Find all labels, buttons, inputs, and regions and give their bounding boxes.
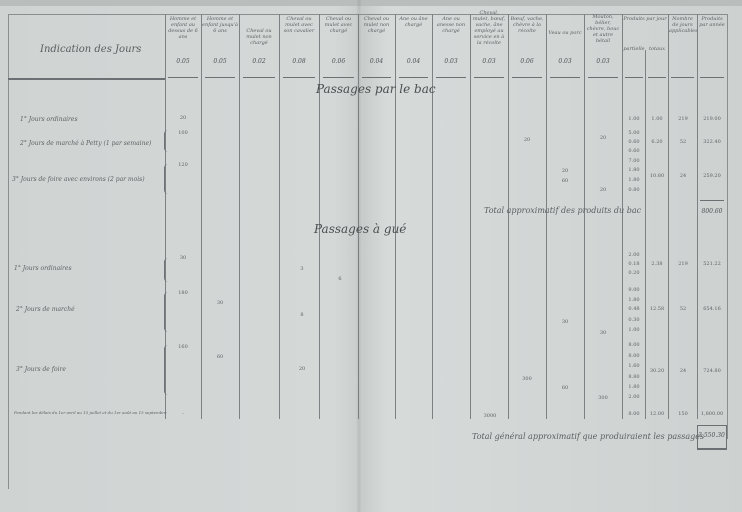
- column-header: Ane ou âne chargé: [396, 16, 431, 28]
- column-group-header: Produits par jour: [623, 16, 667, 22]
- cell-daily: 0.20: [622, 270, 646, 276]
- column-divider: [239, 14, 240, 419]
- cell-value: 60: [208, 354, 232, 360]
- section-title-bac: Passages par le bac: [316, 82, 436, 96]
- cell-daily: 0.80: [622, 187, 646, 193]
- column-rate: 0.03: [585, 58, 621, 65]
- cell-days: 150: [671, 411, 695, 417]
- cell-daily: 8.00: [622, 353, 646, 359]
- column-divider: [279, 14, 280, 419]
- column-divider: [697, 14, 698, 419]
- cell-daily: 0.18: [622, 261, 646, 267]
- cell-value: 8: [290, 312, 314, 318]
- row-label: 2° Jours de marché à Petty (1 par semain…: [20, 140, 151, 147]
- table-frame-right: [727, 14, 728, 439]
- cell-daily: 0.30: [622, 317, 646, 323]
- cell-value: 120: [171, 162, 195, 168]
- cell-value: 100: [171, 130, 195, 136]
- header-underline: [550, 77, 580, 78]
- cell-daily: 8.00: [622, 342, 646, 348]
- cell-daily: 0.60: [622, 139, 646, 145]
- column-header: Bœuf, vache, chèvre à la récolte: [509, 16, 545, 34]
- cell-value: 300: [515, 376, 539, 382]
- cell-value: 20: [515, 137, 539, 143]
- cell-value: 20: [171, 115, 195, 121]
- cell-total-daily: 6.20: [645, 139, 669, 145]
- header-rule: [8, 78, 165, 80]
- header-underline: [283, 77, 315, 78]
- cell-daily: 1.80: [622, 384, 646, 390]
- header-underline: [168, 77, 198, 78]
- row-label: 3° Jours de foire: [16, 366, 66, 373]
- row-label: 1° Jours ordinaires: [20, 116, 78, 123]
- cell-annual: 219.00: [700, 116, 724, 122]
- column-header: Homme et enfant jusqu'à 6 ans: [202, 16, 238, 34]
- header-underline: [474, 77, 504, 78]
- table-frame-left: [8, 14, 9, 489]
- cell-daily: 0.60: [622, 148, 646, 154]
- column-divider: [319, 14, 320, 419]
- column-subheader-totaux: totaux: [646, 46, 668, 52]
- cell-daily: 1.00: [622, 116, 646, 122]
- row-brace: [164, 292, 169, 332]
- cell-days: 52: [671, 139, 695, 145]
- column-header: Cheval, mulet, bœuf, vache, âne employé …: [471, 10, 507, 46]
- header-underline: [625, 77, 643, 78]
- column-rate: 0.06: [320, 58, 357, 65]
- cell-value: 3000: [478, 413, 502, 419]
- cell-daily: 8.00: [622, 411, 646, 417]
- row-label: Pendant les délais du 1er avril au 15 ju…: [14, 410, 167, 415]
- column-header: Ane ou anesse non chargé: [433, 16, 469, 34]
- cell-days: 24: [671, 173, 695, 179]
- cell-daily: 8.80: [622, 374, 646, 380]
- cell-annual: 724.80: [700, 368, 724, 374]
- header-underline: [205, 77, 235, 78]
- cell-annual: 654.16: [700, 306, 724, 312]
- header-underline: [512, 77, 542, 78]
- grand-total-value: 3,550.30: [698, 432, 725, 439]
- row-brace: [164, 258, 169, 282]
- cell-days: 219: [671, 116, 695, 122]
- row-label: 2° Jours de marché: [16, 306, 75, 313]
- cell-total-daily: 30.20: [645, 368, 669, 374]
- row-brace: [164, 130, 169, 152]
- cell-daily: 2.00: [622, 252, 646, 258]
- column-divider: [508, 14, 509, 419]
- ledger-page: Indication des Jours Homme et enfant au …: [0, 0, 742, 512]
- page-top-edge: [0, 0, 742, 6]
- cell-total-daily: 1.00: [645, 116, 669, 122]
- column-rate: 0.08: [280, 58, 318, 65]
- cell-value: 20: [591, 135, 615, 141]
- cell-total-daily: 12.58: [645, 306, 669, 312]
- cell-value: 20: [553, 168, 577, 174]
- cell-daily: 0.48: [622, 306, 646, 312]
- column-rate: 0.03: [471, 58, 507, 65]
- cell-daily: 1.00: [622, 327, 646, 333]
- cell-value: 60: [553, 178, 577, 184]
- cell-value: 3: [290, 266, 314, 272]
- column-divider: [668, 14, 669, 419]
- cell-daily: 1.60: [622, 363, 646, 369]
- cell-value: 160: [171, 344, 195, 350]
- column-divider: [201, 14, 202, 419]
- column-divider: [546, 14, 547, 419]
- cell-value: 300: [591, 395, 615, 401]
- column-rate: 0.03: [547, 58, 583, 65]
- row-label-title: Indication des Jours: [40, 44, 141, 55]
- header-underline: [436, 77, 466, 78]
- row-brace: [164, 164, 169, 194]
- cell-daily: 1.80: [622, 167, 646, 173]
- cell-value: 30: [591, 330, 615, 336]
- column-divider: [432, 14, 433, 419]
- column-divider: [470, 14, 471, 419]
- cell-value: 20: [290, 366, 314, 372]
- header-underline: [700, 77, 724, 78]
- column-rate: 0.02: [240, 58, 278, 65]
- column-header: Cheval ou mulet avec chargé: [320, 16, 357, 34]
- header-underline: [588, 77, 618, 78]
- header-underline: [323, 77, 354, 78]
- column-header: Cheval ou mulet non chargé: [359, 16, 394, 34]
- row-label: 3° Jours de foire avec environs (2 par m…: [12, 176, 145, 183]
- column-divider: [358, 14, 359, 419]
- column-header: Mouton, bélier, chèvre, bouc et autre bé…: [585, 14, 621, 44]
- cell-annual: 259.20: [700, 173, 724, 179]
- cell-value: 20: [591, 187, 615, 193]
- header-underline: [243, 77, 275, 78]
- total-rule: [700, 200, 724, 201]
- cell-value: 30: [208, 300, 232, 306]
- column-rate: 0.05: [166, 58, 200, 65]
- column-header: Cheval ou mulet avec son cavalier: [280, 16, 318, 34]
- cell-days: 24: [671, 368, 695, 374]
- cell-annual: 1,800.00: [700, 411, 724, 417]
- cell-total-daily: 10.80: [645, 173, 669, 179]
- section-title-gue: Passages à gué: [314, 222, 406, 236]
- header-underline: [648, 77, 666, 78]
- column-rate: 0.04: [396, 58, 431, 65]
- column-subheader-partielle: partielle: [623, 46, 645, 52]
- column-header: Homme et enfant au dessus de 6 ans: [166, 16, 200, 40]
- cell-daily: 5.00: [622, 130, 646, 136]
- cell-value: -: [171, 411, 195, 417]
- header-underline: [671, 77, 694, 78]
- row-brace: [164, 345, 169, 395]
- row-label: 1° Jours ordinaires: [14, 265, 72, 272]
- column-header: Veau ou porc: [547, 30, 583, 36]
- cell-total-daily: 2.38: [645, 261, 669, 267]
- column-rate: 0.04: [359, 58, 394, 65]
- cell-days: 52: [671, 306, 695, 312]
- cell-value: 30: [171, 255, 195, 261]
- cell-daily: 9.00: [622, 287, 646, 293]
- header-underline: [399, 77, 428, 78]
- column-header-annual: Produits par année: [698, 16, 726, 28]
- column-divider: [584, 14, 585, 419]
- section-total-label: Total approximatif des produits du bac: [484, 206, 641, 215]
- column-header-days: Nombre de jours applicables: [669, 16, 696, 34]
- grand-total-label: Total général approximatif que produirai…: [472, 432, 704, 441]
- cell-value: 6: [328, 276, 352, 282]
- cell-total-daily: 12.00: [645, 411, 669, 417]
- cell-value: 30: [553, 319, 577, 325]
- cell-value: 60: [553, 385, 577, 391]
- column-divider: [395, 14, 396, 419]
- column-rate: 0.03: [433, 58, 469, 65]
- section-total-value: 800.60: [700, 208, 724, 215]
- column-rate: 0.05: [202, 58, 238, 65]
- header-underline: [362, 77, 391, 78]
- column-header: Cheval ou mulet non chargé: [240, 28, 278, 46]
- column-rate: 0.06: [509, 58, 545, 65]
- cell-value: 180: [171, 290, 195, 296]
- cell-annual: 521.22: [700, 261, 724, 267]
- cell-days: 219: [671, 261, 695, 267]
- cell-annual: 322.40: [700, 139, 724, 145]
- cell-daily: 1.80: [622, 177, 646, 183]
- cell-daily: 2.00: [622, 394, 646, 400]
- cell-daily: 1.80: [622, 297, 646, 303]
- cell-daily: 7.00: [622, 158, 646, 164]
